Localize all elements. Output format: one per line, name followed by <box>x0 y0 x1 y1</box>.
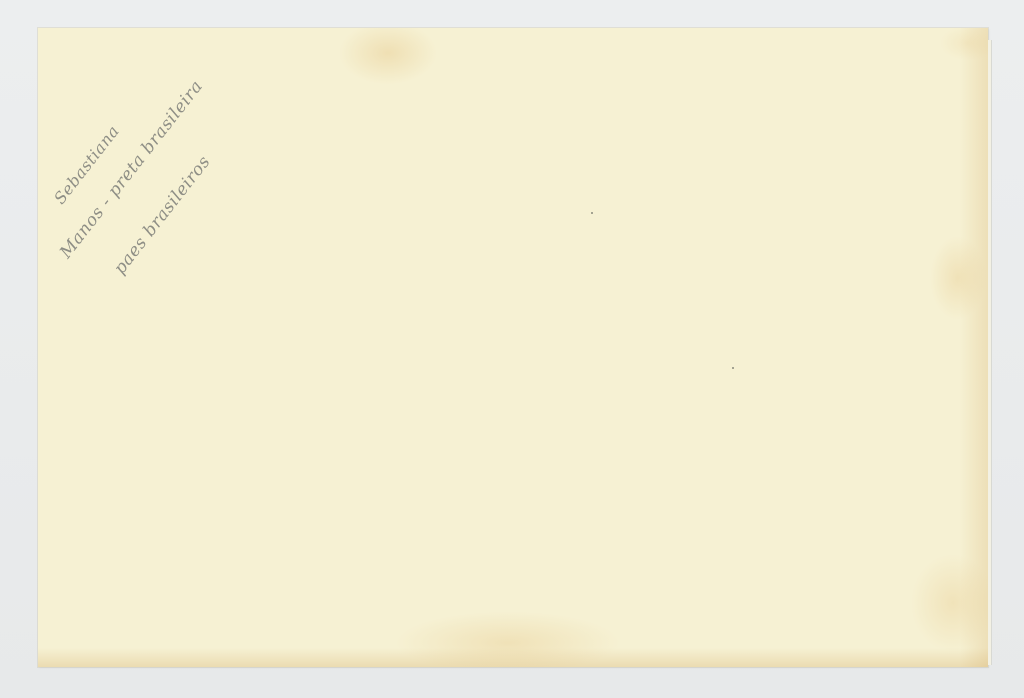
card-edge-strip <box>988 40 992 665</box>
paper-card <box>38 28 988 667</box>
paper-speck <box>732 367 734 369</box>
paper-speck <box>591 212 593 214</box>
